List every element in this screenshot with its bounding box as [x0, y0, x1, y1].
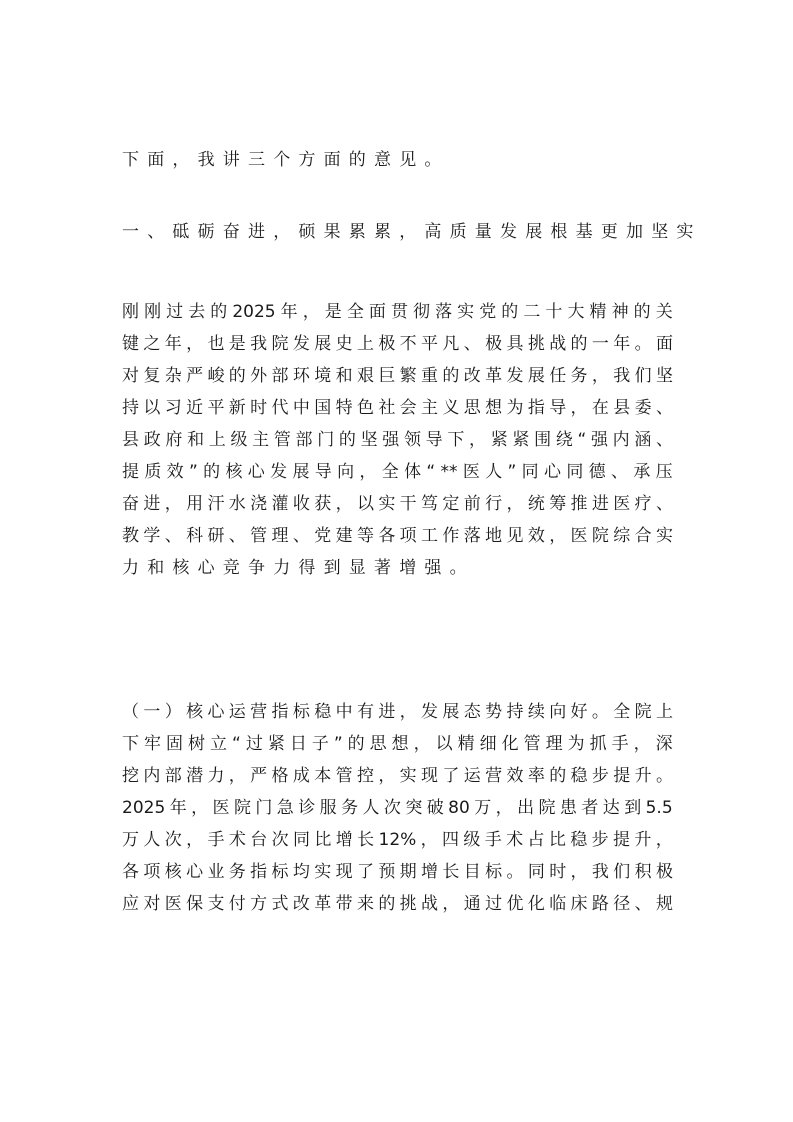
paragraph-line: 力和核心竞争力得到显著增强。	[122, 556, 475, 580]
paragraph-line: 教学、科研、管理、党建等各项工作落地见效，医院综合实	[122, 524, 673, 548]
intro-text: 下面，我讲三个方面的意见。	[122, 148, 450, 172]
paragraph-line: 对复杂严峻的外部环境和艰巨繁重的改革发展任务，我们坚	[122, 364, 673, 388]
paragraph-line: 应对医保支付方式改革带来的挑战，通过优化临床路径、规	[122, 892, 673, 916]
paragraph-line: 奋进，用汗水浇灌收获，以实干笃定前行，统筹推进医疗、	[122, 492, 673, 516]
paragraph-line: 2025年，医院门急诊服务人次突破80万，出院患者达到5.5	[122, 796, 673, 820]
paragraph-line: 下牢固树立“过紧日子”的思想，以精细化管理为抓手，深	[122, 732, 673, 756]
section-heading: 一、砥砺奋进，硕果累累，高质量发展根基更加坚实	[122, 220, 702, 244]
document-page: 下面，我讲三个方面的意见。 一、砥砺奋进，硕果累累，高质量发展根基更加坚实 刚刚…	[0, 0, 793, 1122]
paragraph-line: （一）核心运营指标稳中有进，发展态势持续向好。全院上	[122, 700, 673, 724]
paragraph-line: 刚刚过去的2025年，是全面贯彻落实党的二十大精神的关	[122, 300, 673, 324]
paragraph-line: 提质效”的核心发展导向，全体“**医人”同心同德、承压	[122, 460, 673, 484]
paragraph-line: 键之年，也是我院发展史上极不平凡、极具挑战的一年。面	[122, 332, 673, 356]
paragraph-line: 挖内部潜力，严格成本管控，实现了运营效率的稳步提升。	[122, 764, 673, 788]
paragraph-line: 持以习近平新时代中国特色社会主义思想为指导，在县委、	[122, 396, 673, 420]
paragraph-line: 万人次，手术台次同比增长12%，四级手术占比稳步提升，	[122, 828, 673, 852]
paragraph-line: 县政府和上级主管部门的坚强领导下，紧紧围绕“强内涵、	[122, 428, 673, 452]
paragraph-line: 各项核心业务指标均实现了预期增长目标。同时，我们积极	[122, 860, 673, 884]
